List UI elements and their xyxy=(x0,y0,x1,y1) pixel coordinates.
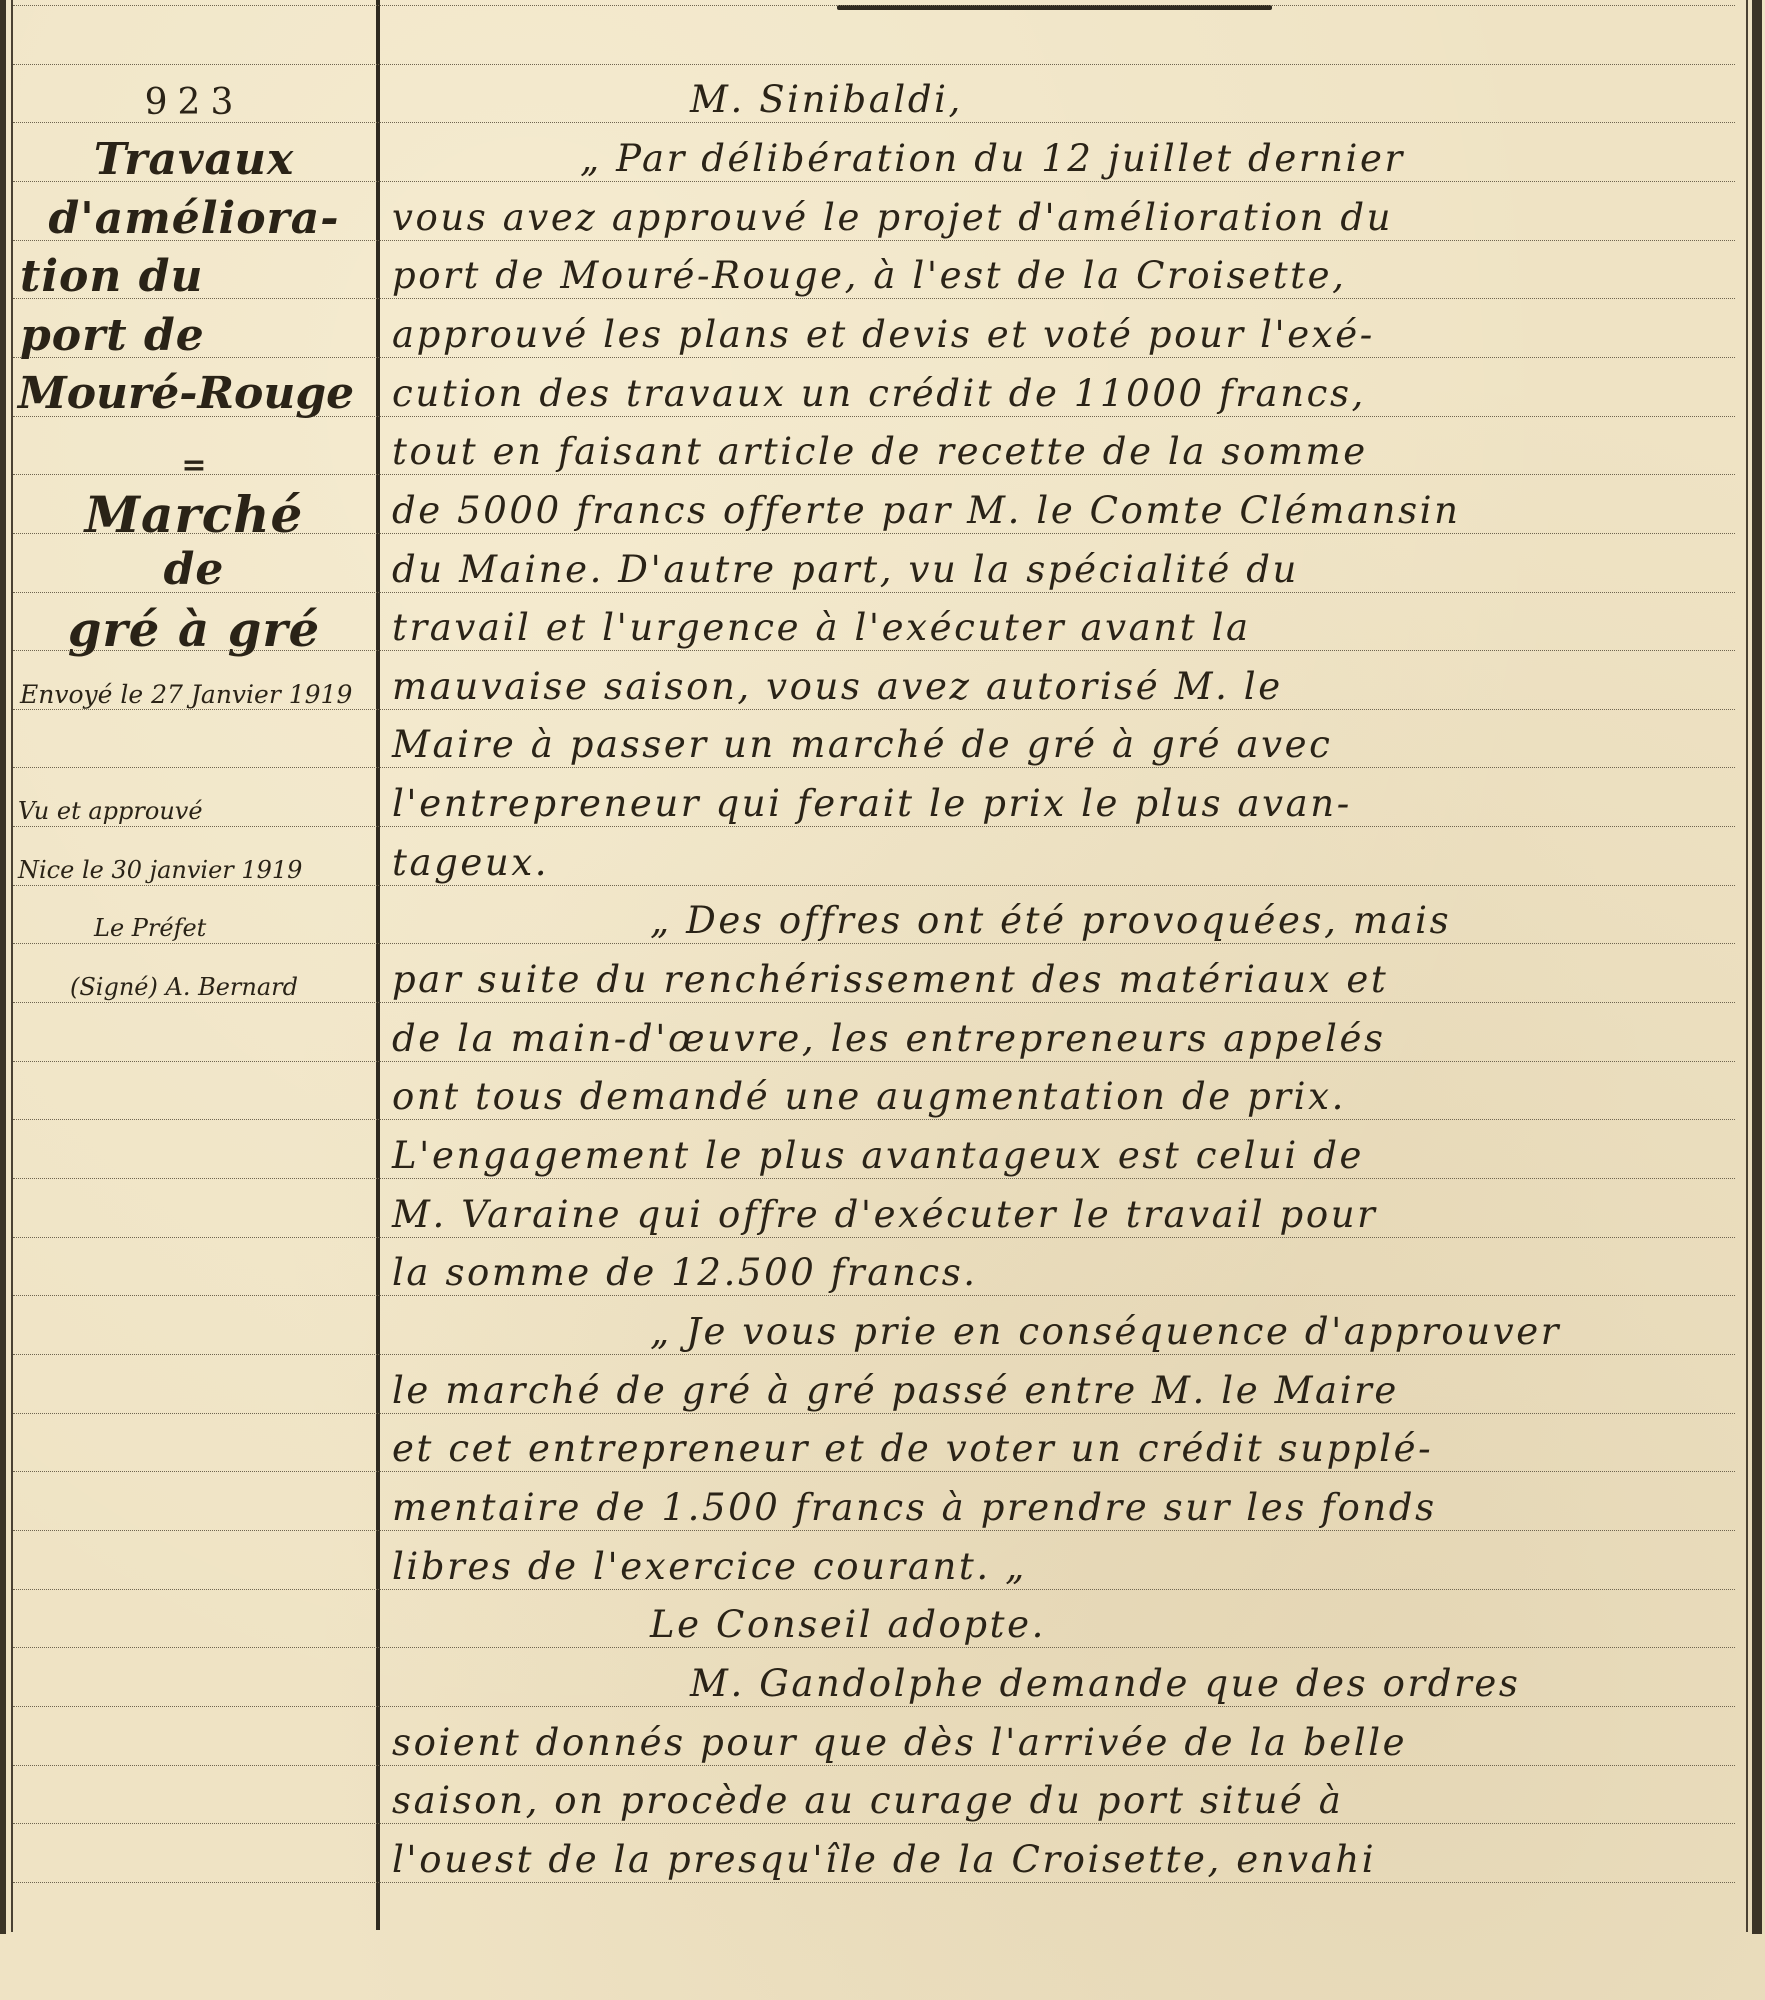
margin-subheading-line: gré à gré xyxy=(14,602,374,658)
body-text-line: L'engagement le plus avantageux est celu… xyxy=(392,1134,1364,1177)
body-text-line: „ Par délibération du 12 juillet dernier xyxy=(580,137,1405,180)
body-text-line: M. Varaine qui offre d'exécuter le trava… xyxy=(392,1193,1377,1236)
approval-date: Nice le 30 janvier 1919 xyxy=(14,856,378,884)
ruled-line xyxy=(13,1295,1735,1296)
body-text-line: Maire à passer un marché de gré à gré av… xyxy=(392,723,1332,766)
ruled-line xyxy=(13,1765,1735,1766)
ruled-line xyxy=(13,1061,1735,1062)
body-text-line: tout en faisant article de recette de la… xyxy=(392,430,1368,473)
body-text-line: de la main-d'œuvre, les entrepreneurs ap… xyxy=(392,1017,1386,1060)
ruled-line xyxy=(13,1589,1735,1590)
approval-title: Le Préfet xyxy=(14,914,454,942)
body-text-line: mauvaise saison, vous avez autorisé M. l… xyxy=(392,665,1283,708)
body-text-line: de 5000 francs offerte par M. le Comte C… xyxy=(392,489,1461,532)
body-text-line: la somme de 12.500 francs. xyxy=(392,1251,978,1294)
body-text-line: tageux. xyxy=(392,841,549,884)
approval-line: Vu et approuvé xyxy=(14,797,378,825)
body-text-line: du Maine. D'autre part, vu la spécialité… xyxy=(392,548,1299,591)
body-text-line: Le Conseil adopte. xyxy=(650,1603,1046,1646)
body-text-line: l'entrepreneur qui ferait le prix le plu… xyxy=(392,782,1352,825)
margin-heading-line: port de xyxy=(14,310,380,361)
margin-heading-line: d'améliora- xyxy=(14,193,374,244)
ruled-line xyxy=(13,1471,1735,1472)
ruled-line xyxy=(13,885,1735,886)
margin-subheading-line: Marché xyxy=(14,485,374,544)
ruled-line xyxy=(13,1823,1735,1824)
ruled-line xyxy=(13,1178,1735,1179)
right-inner-border xyxy=(1746,0,1748,1932)
body-text-line: M. Sinibaldi, xyxy=(690,78,963,121)
body-text-line: approuvé les plans et devis et voté pour… xyxy=(392,313,1375,356)
body-text-line: par suite du renchérissement des matéria… xyxy=(392,958,1388,1001)
register-page: 923 Travaux d'améliora- tion du port de … xyxy=(0,0,1765,2000)
body-text-line: port de Mouré-Rouge, à l'est de la Crois… xyxy=(392,254,1347,297)
ruled-line xyxy=(13,1530,1735,1531)
body-text-line: soient donnés pour que dès l'arrivée de … xyxy=(392,1721,1407,1764)
sent-note: Envoyé le 27 Janvier 1919 xyxy=(14,680,380,709)
ruled-line xyxy=(13,1706,1735,1707)
entry-number: 923 xyxy=(14,82,374,123)
body-text-line: vous avez approuvé le projet d'améliorat… xyxy=(392,196,1393,239)
margin-separator: = xyxy=(14,448,374,483)
ruled-line xyxy=(13,1413,1735,1414)
margin-subheading-line: de xyxy=(14,544,374,595)
ruled-line xyxy=(13,1882,1735,1883)
body-text-line: le marché de gré à gré passé entre M. le… xyxy=(392,1369,1399,1412)
body-text-line: et cet entrepreneur et de voter un crédi… xyxy=(392,1427,1433,1470)
ruled-line xyxy=(13,767,1735,768)
ruled-line xyxy=(13,943,1735,944)
margin-heading-line: tion du xyxy=(14,251,380,302)
ruled-line xyxy=(13,1354,1735,1355)
ruled-line xyxy=(13,5,1735,6)
ruled-line xyxy=(13,826,1735,827)
ruled-line xyxy=(13,64,1735,65)
ruled-line xyxy=(13,1237,1735,1238)
margin-heading-line: Travaux xyxy=(14,134,374,185)
body-text-line: l'ouest de la presqu'île de la Croisette… xyxy=(392,1838,1376,1881)
body-text-line: libres de l'exercice courant. „ xyxy=(392,1545,1027,1588)
body-text-line: saison, on procède au curage du port sit… xyxy=(392,1779,1343,1822)
body-text-line: cution des travaux un crédit de 11000 fr… xyxy=(392,372,1366,415)
body-text-line: M. Gandolphe demande que des ordres xyxy=(690,1662,1520,1705)
left-outer-border xyxy=(0,0,6,1934)
left-inner-border xyxy=(11,0,13,1932)
right-outer-border xyxy=(1752,0,1762,1934)
ruled-line xyxy=(13,1002,1735,1003)
approval-signature: (Signé) A. Bernard xyxy=(14,973,430,1001)
ruled-line xyxy=(13,1119,1735,1120)
body-text-line: ont tous demandé une augmentation de pri… xyxy=(392,1075,1346,1118)
body-text-line: „ Des offres ont été provoquées, mais xyxy=(650,899,1451,942)
body-text-line: mentaire de 1.500 francs à prendre sur l… xyxy=(392,1486,1437,1529)
margin-heading-line: Mouré-Rouge xyxy=(14,368,378,419)
body-text-line: „ Je vous prie en conséquence d'approuve… xyxy=(650,1310,1561,1353)
body-text-line: travail et l'urgence à l'exécuter avant … xyxy=(392,606,1251,649)
ruled-line xyxy=(13,1647,1735,1648)
